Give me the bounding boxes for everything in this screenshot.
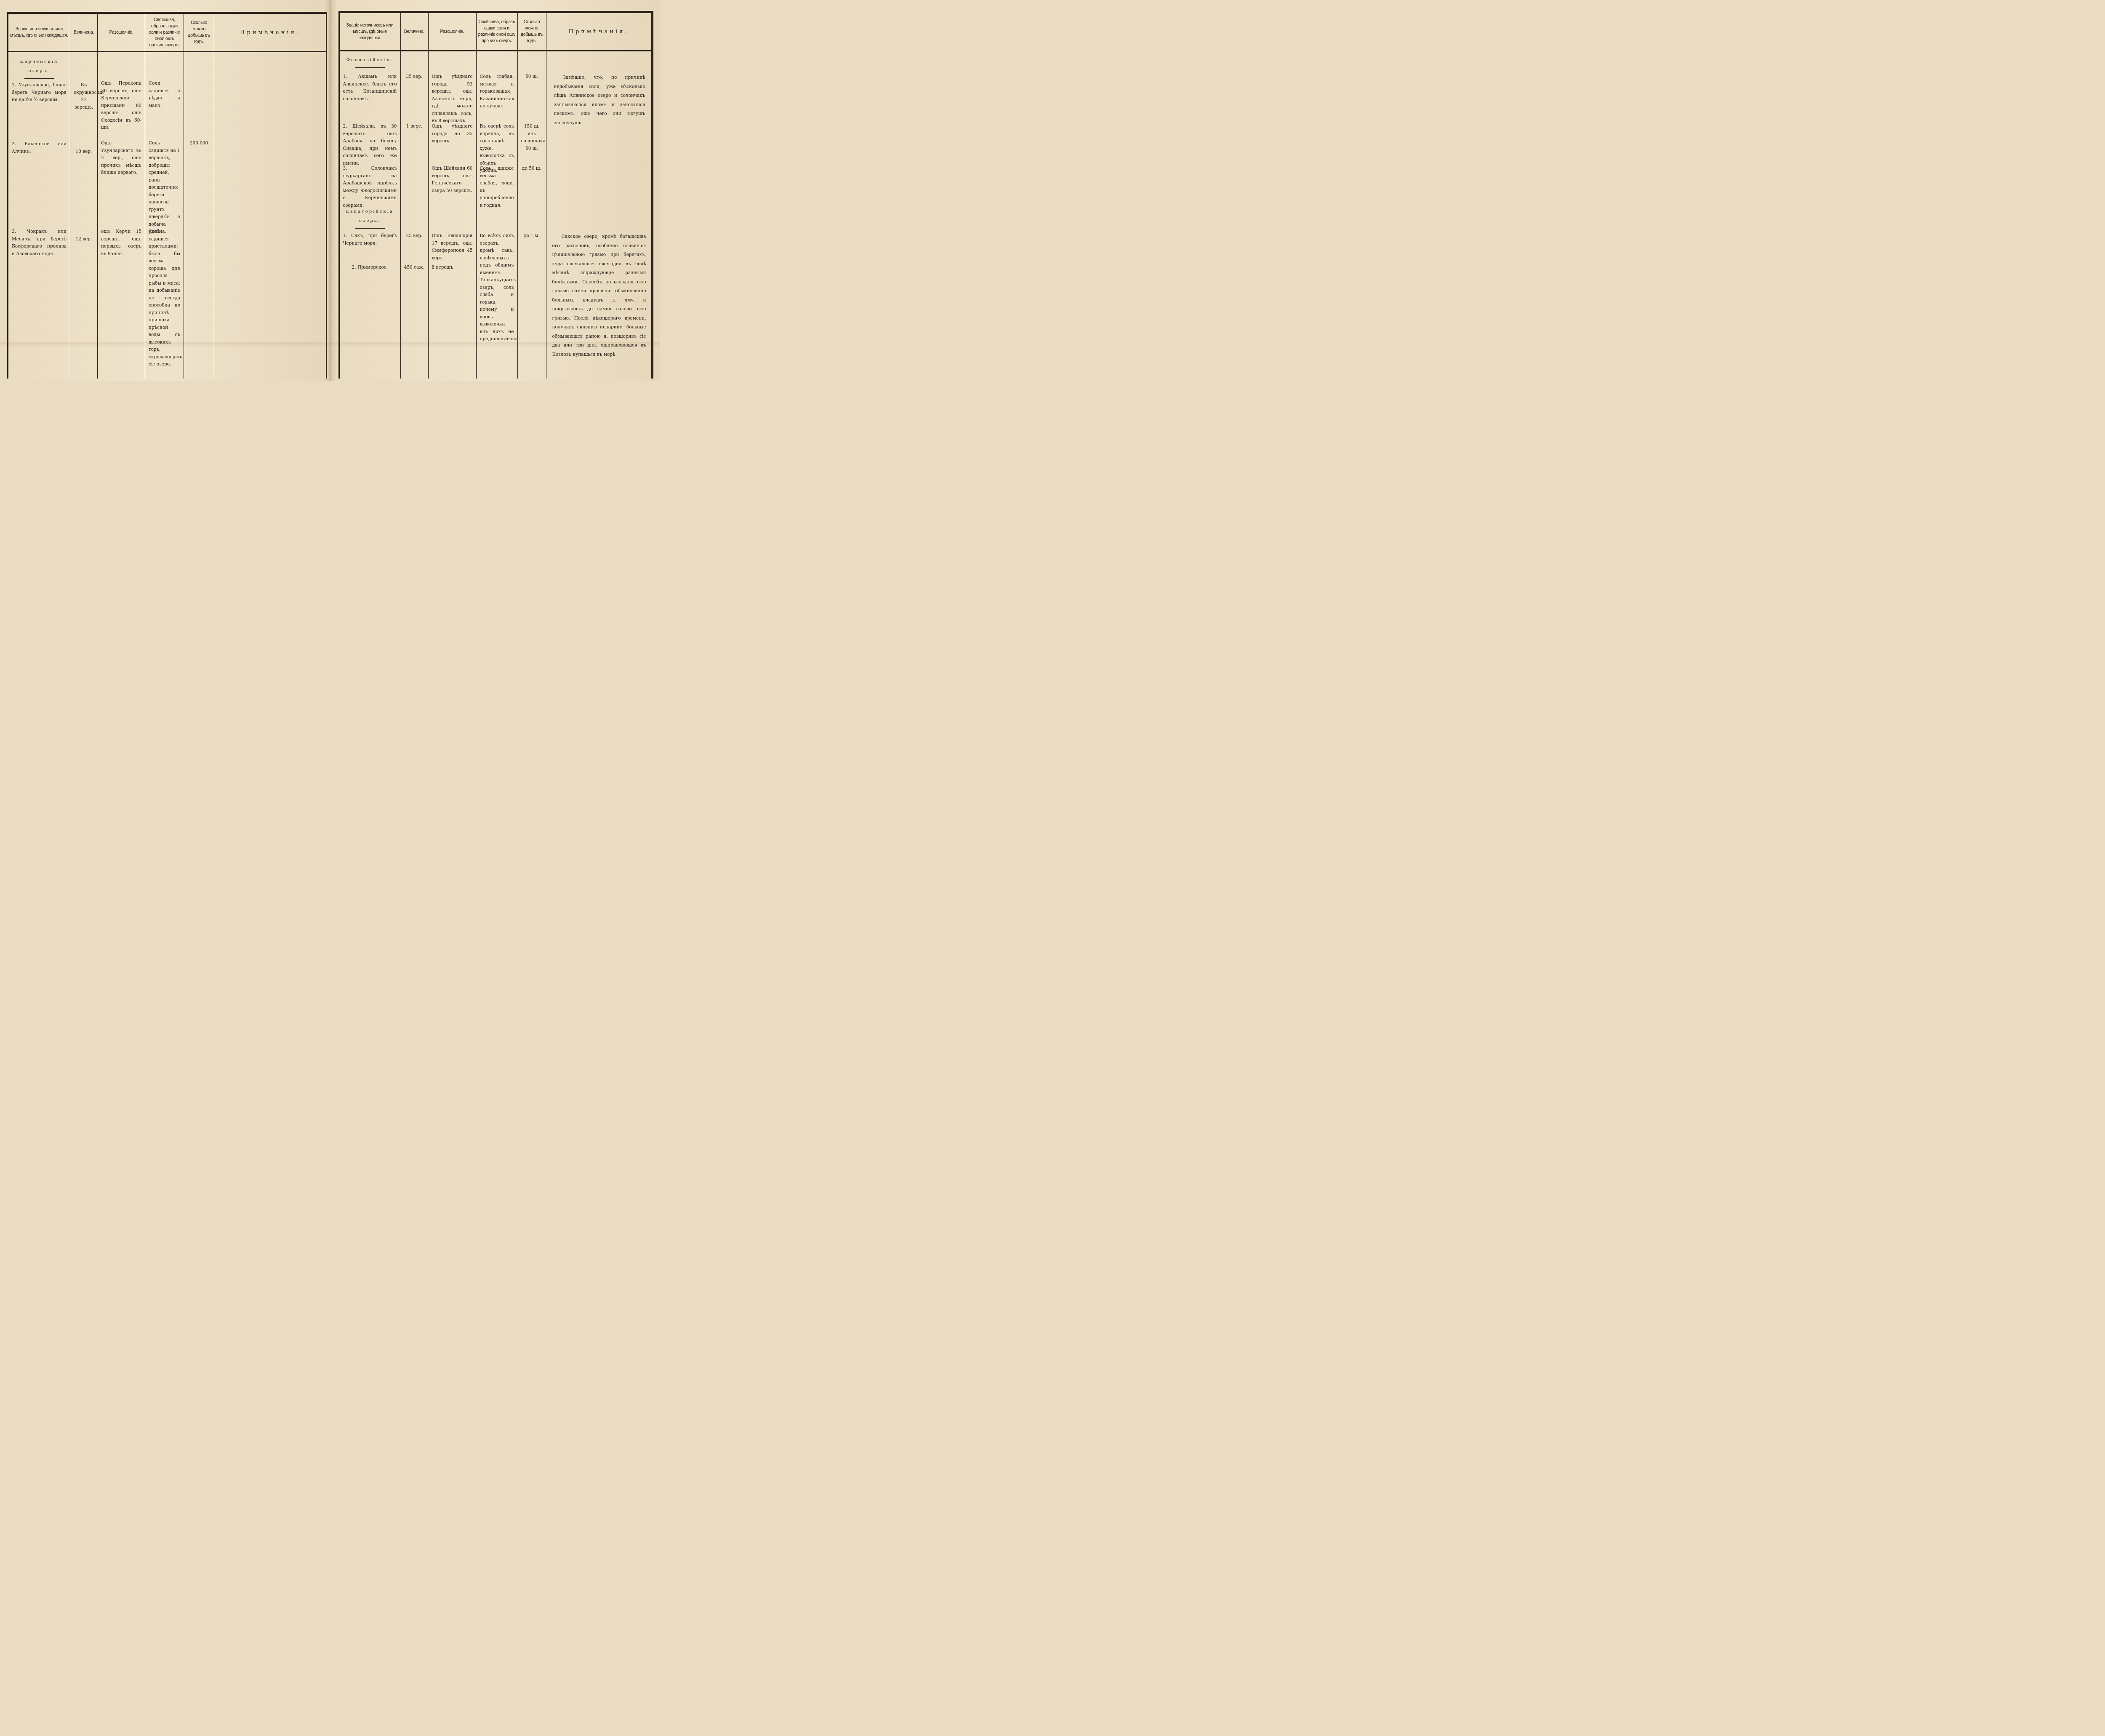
header-size: Величина. [400, 12, 428, 51]
lake-yield: до 50 ш. [521, 165, 543, 173]
section-subtitle: озера. [343, 216, 397, 226]
lake-size: 1 верс. [404, 123, 425, 131]
header-notes: Примѣчанія. [214, 13, 327, 52]
right-page: Званіе источниковъ или мѣсшъ, гдѣ оные н… [330, 0, 661, 381]
lake-size: 25 вер. [404, 232, 425, 240]
lake-distance: Ошъ уѣзднаго города до 35 версшъ. [432, 123, 473, 145]
lake-size: 12 вер. [74, 236, 94, 243]
size-column: Въ окружносши 27 версшъ. 10 вер. 12 вер. [70, 52, 98, 379]
header-row: Званіе источниковъ или мѣсшъ, гдѣ оные н… [8, 13, 327, 52]
lake-distance: Ошъ Евпашоріи 17 версшъ, ошъ Симферополя… [432, 232, 473, 262]
lake-properties: Соль шакже весьма слабая, хошя къ упошре… [480, 165, 514, 209]
header-yield: Сколько можно добышь въ годъ. [184, 13, 214, 52]
lake-distance: Ошъ уѣзднаго города 53 версшы, ошъ Азовс… [432, 73, 473, 125]
properties-column: Соли садишся и рѣдко и мало. Соль садишс… [145, 52, 184, 379]
lake-name: 3. Чокракъ или Месиръ. при берегѣ Босфор… [12, 228, 67, 258]
lake-properties: Соль слабая, мелкая и горьковашая, Казан… [480, 73, 514, 110]
lake-name: 1. Сакъ, при берегѣ Чернаго моря. [343, 232, 397, 247]
lake-yield: 50 ш. [521, 73, 543, 81]
notes-column [214, 52, 327, 379]
lake-size: 450 саж. [404, 264, 425, 272]
book-gutter [324, 0, 337, 381]
table-body-row: Феодосійскія. 1. Акшамъ или Алвинское. б… [339, 51, 652, 379]
note-alvin-lake: Замѣшно, что, по причинѣ недобыванія сол… [554, 73, 645, 128]
lake-name: 1. Узунларское, близъ берега Чернаго мор… [12, 82, 67, 104]
size-column: 35 вер. 1 верс. 25 вер. 450 саж. [400, 51, 428, 379]
lake-yield: 200.000 [187, 140, 210, 147]
salt-lakes-table-left: Званіе источниковъ или мѣсшъ, гдѣ оные н… [7, 12, 327, 379]
section-divider [355, 228, 385, 229]
lake-distance: ошъ Керчи 15 версшъ, ошъ первыхъ озеръ в… [101, 228, 141, 258]
section-title: Керченскія [12, 57, 67, 67]
lake-size: Въ окружносши 27 версшъ. [74, 82, 94, 111]
notes-column: Замѣшно, что, по причинѣ недобыванія сол… [546, 51, 652, 379]
lake-distance: Ошъ Перекопа 30 версшъ, ошъ Керченской п… [101, 80, 141, 132]
table-body-row: Керченскія озера. 1. Узунларское, близъ … [8, 52, 327, 379]
section-divider [24, 78, 54, 79]
salt-lakes-table-right: Званіе источниковъ или мѣсшъ, гдѣ оные н… [338, 11, 653, 379]
lake-properties: Соль садишся на 1 вершокъ, доброшы средн… [149, 140, 180, 236]
section-eupatoria: Евпаторійскія озера. [343, 207, 397, 229]
name-column: Керченскія озера. 1. Узунларское, близъ … [8, 52, 70, 379]
lake-yield: до 1 м. [521, 232, 543, 240]
header-properties: Свойсшва, образъ садки соли и различіе о… [476, 12, 517, 51]
header-row: Званіе источниковъ или мѣсшъ, гдѣ оные н… [339, 12, 652, 51]
lake-name: 2. Шейхали, въ 30 версшахъ ошъ Арабаша н… [343, 123, 397, 167]
book-spread: Званіе источниковъ или мѣсшъ, гдѣ оные н… [0, 0, 660, 381]
lake-name: 3. Солончакъ шуркарганъ на Арабашской сш… [343, 165, 397, 209]
lake-size: 10 вер. [74, 148, 94, 156]
left-page: Званіе источниковъ или мѣсшъ, гдѣ оные н… [0, 0, 330, 381]
header-name: Званіе источниковъ или мѣсшъ, гдѣ оные н… [8, 13, 70, 52]
lake-size: 35 вер. [404, 73, 425, 81]
lake-properties: Соли садишся и рѣдко и мало. [149, 80, 180, 109]
paper-fold [0, 342, 660, 347]
note-saki-lake: Сакское озеро, кромѣ богашсшва его рассо… [552, 232, 646, 359]
properties-column: Соль слабая, мелкая и горьковашая, Казан… [476, 51, 517, 379]
header-name: Званіе источниковъ или мѣсшъ, гдѣ оные н… [339, 12, 400, 51]
header-size: Величина. [70, 13, 98, 52]
lake-name: 2. Елкенское или Алчинъ. [12, 141, 67, 155]
header-distance: Разсшояніе. [428, 12, 476, 51]
distance-column: Ошъ уѣзднаго города 53 версшы, ошъ Азовс… [428, 51, 476, 379]
lake-distance: Ошъ Узунларскаго въ 2 вер., ошъ прочихъ … [101, 140, 141, 177]
lake-distance: 8 версшъ. [432, 264, 473, 272]
section-kerch: Керченскія озера. [12, 57, 67, 79]
name-column: Феодосійскія. 1. Акшамъ или Алвинское. б… [339, 51, 400, 379]
section-title: Феодосійскія. [343, 56, 397, 65]
distance-column: Ошъ Перекопа 30 версшъ, ошъ Керченской п… [98, 52, 145, 379]
section-divider [355, 67, 385, 68]
header-properties: Свойсшва, образъ садки соли и различіе о… [145, 13, 184, 52]
header-distance: Разсшояніе. [98, 13, 145, 52]
lake-name: 2. Приморское. [343, 264, 397, 272]
header-notes: Примѣчанія. [546, 12, 652, 51]
lake-properties: Во всѣхъ сихъ озерахъ, кромѣ сакъ, извѣс… [480, 232, 514, 343]
section-feodosia: Феодосійскія. [343, 56, 397, 68]
lake-name: 1. Акшамъ или Алвинское. близъ его есть … [343, 73, 397, 103]
header-yield: Сколько можно добышь въ годъ. [517, 12, 546, 51]
section-title: Евпаторійскія [343, 207, 397, 216]
yield-column: 50 ш. 150 ш. изъ солончака 50 ш. до 50 ш… [517, 51, 546, 379]
section-subtitle: озера. [12, 67, 67, 76]
lake-distance: Ошъ Шейхали 60 версшъ, ошъ Генпческаго о… [432, 165, 473, 195]
yield-column: 200.000 [184, 52, 214, 379]
lake-yield: 150 ш. изъ солончака 50 ш. [521, 123, 543, 152]
